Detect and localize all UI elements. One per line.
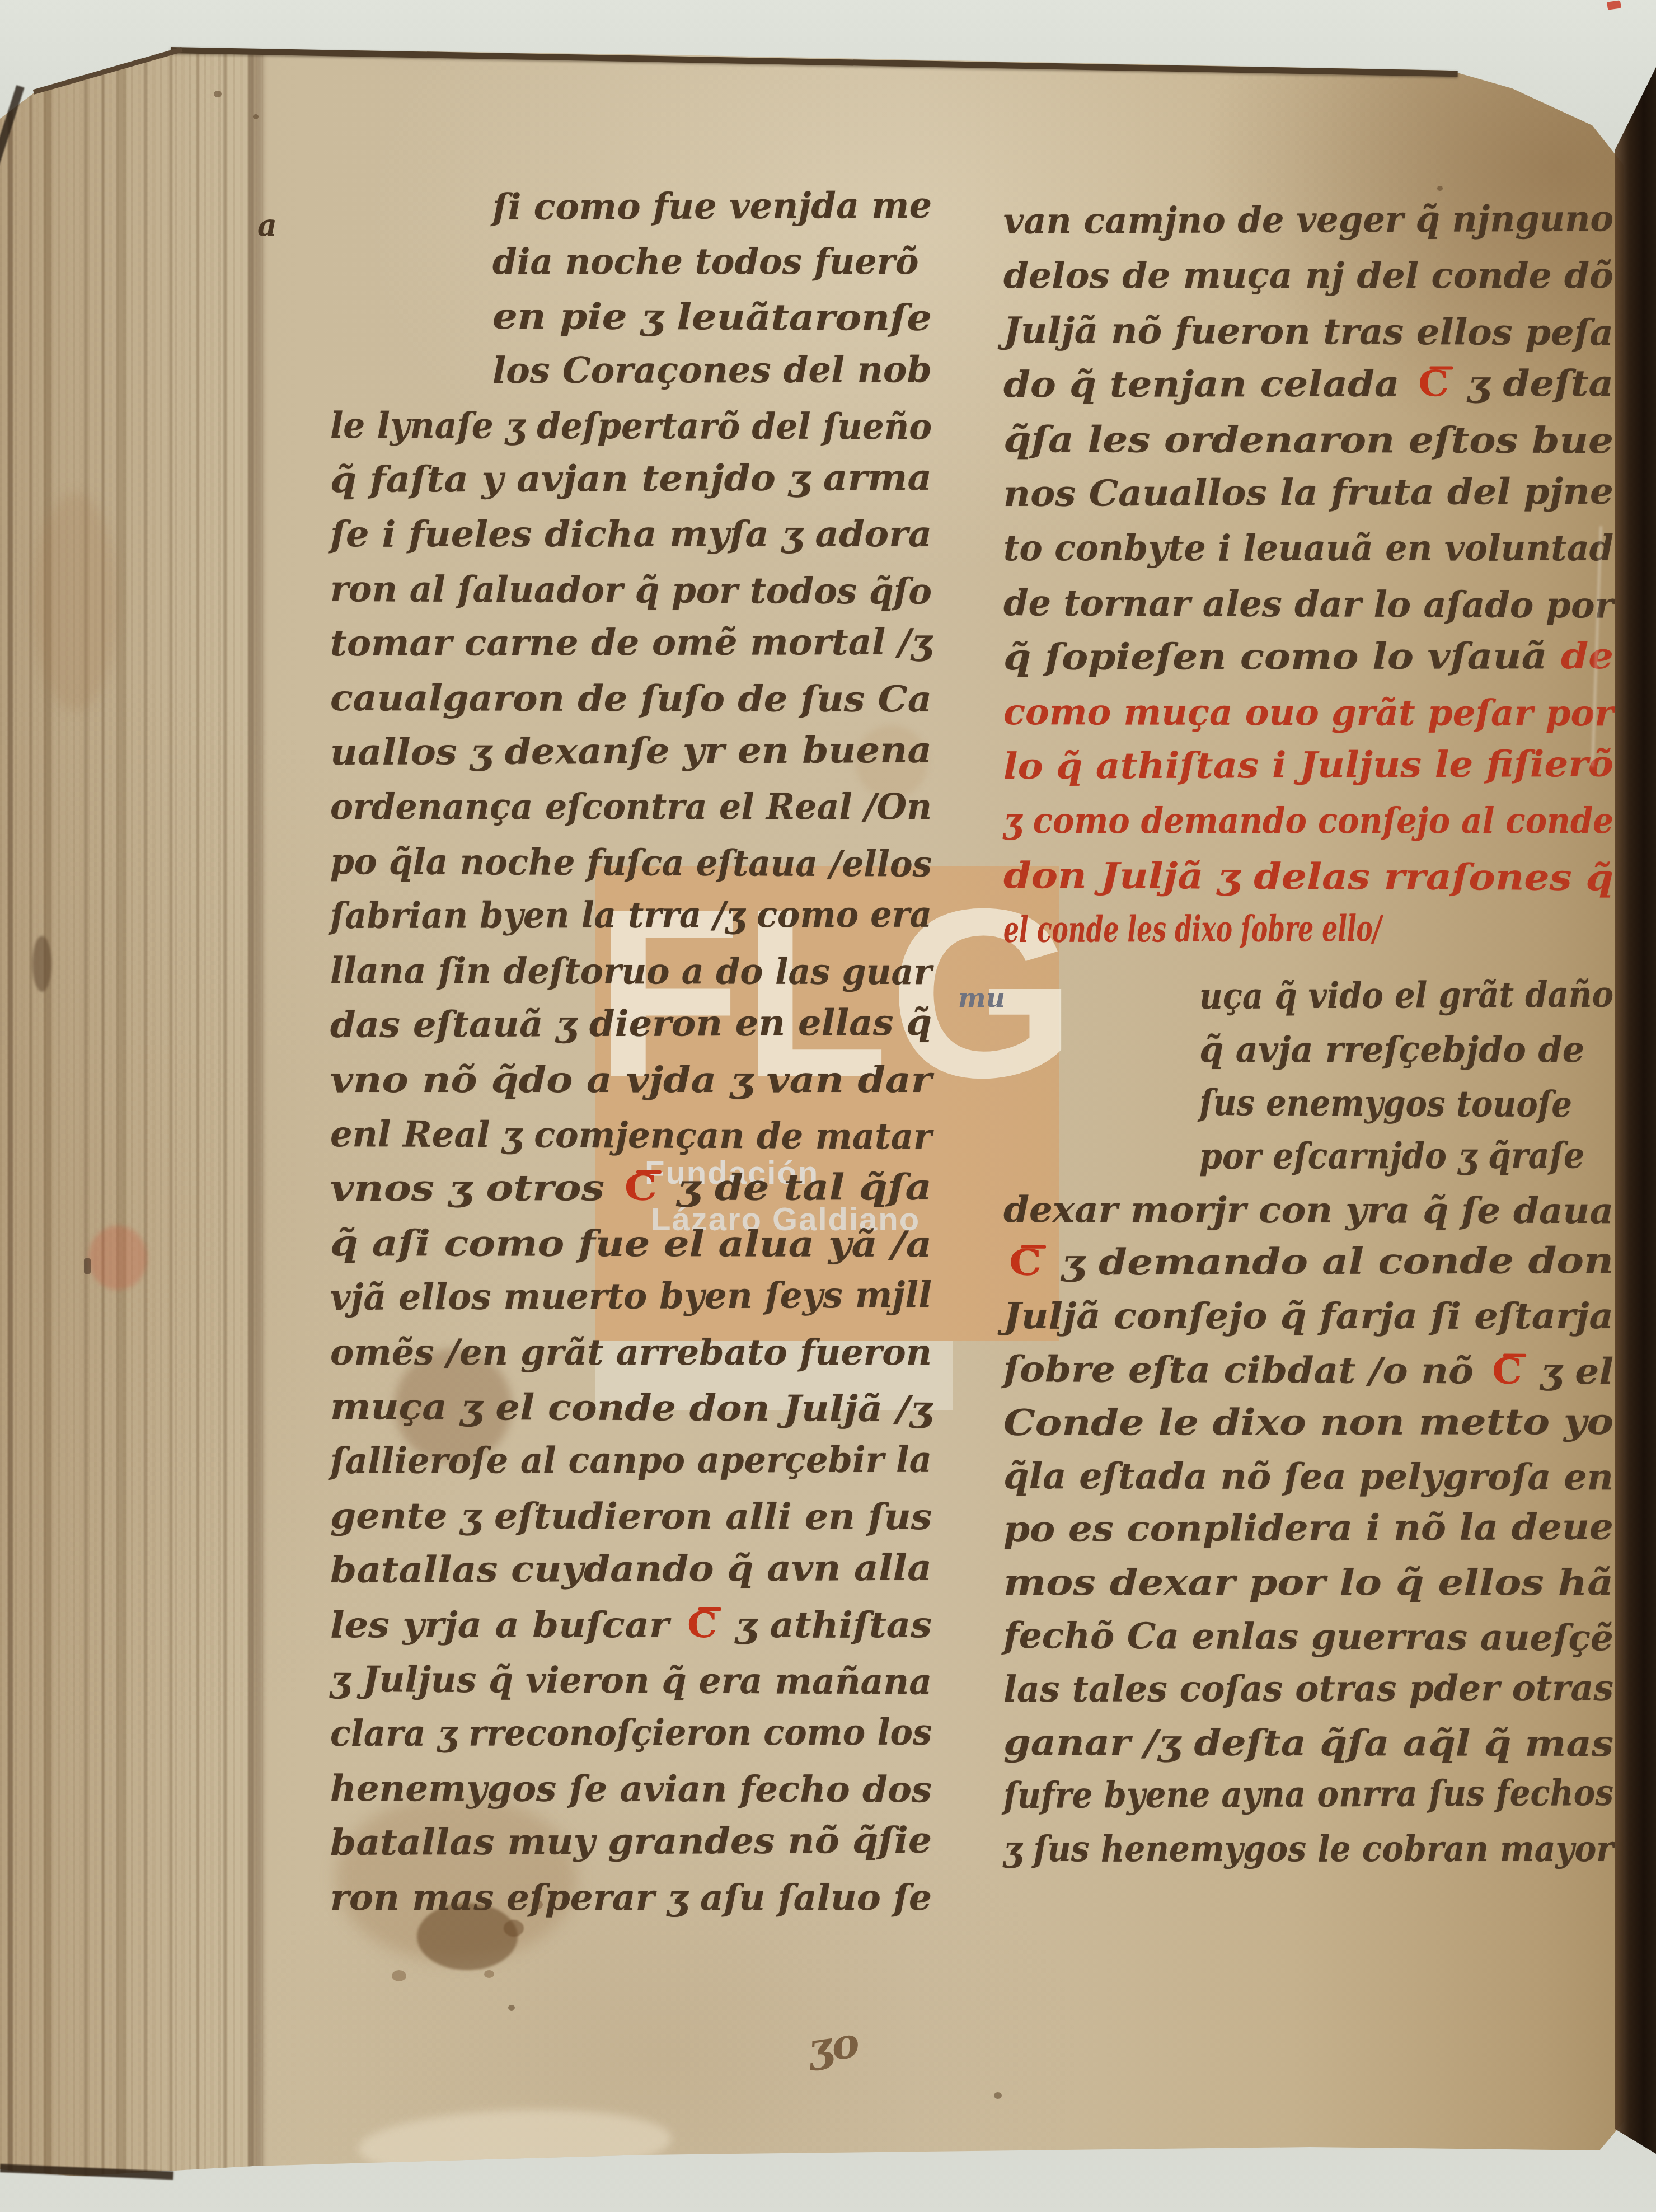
page-edge-line [8,0,13,2212]
ink-text: vnos ʒ otros [330,1167,619,1210]
manuscript-line: C ʒ demando al conde don [1003,1236,1613,1290]
manuscript-line: ſabrian byen la trra /ʒ como era [330,889,932,943]
ink-text: q̃ſa les ordenaron eſtos bue [1003,419,1613,462]
manuscript-line: batallas muy grandes nõ q̃ſie [330,1816,932,1870]
manuscript-line: Juljã nõ fueron tras ellos peſa [1003,303,1613,358]
ink-text: ſabrian byen la trra /ʒ como era [330,894,932,937]
torn-corner-patch [357,2105,673,2182]
rubric-text: ʒ como demando conſejo al conde [1003,800,1613,842]
manuscript-line: to conbyte i leuauã en voluntad [1003,521,1613,575]
manuscript-line: clara ʒ rreconoſçieron como los [330,1707,932,1761]
ink-text: uallos ʒ dexanſe yr en buena [330,729,932,774]
rubric-text: lo q̃ athiſtas i Juljus le fiſierõ [1003,743,1613,788]
manuscript-line: caualgaron de ſuſo de ſus Ca [330,671,932,725]
page-edge-line [144,0,147,2212]
ink-text: ʒ Juljus q̃ vieron q̃ era mañana [330,1658,932,1703]
ink-text: tomar carne de omẽ mortal /ʒ [330,621,932,664]
calderon-mark: C [1009,1242,1042,1284]
calderon-mark: C [687,1604,717,1646]
manuscript-line: uça q̃ vido el grãt daño [1003,970,1613,1023]
ink-text: por eſcarnjdo ʒ q̃raſe [1199,1135,1584,1178]
ink-text: ʒ athiſtas [723,1604,932,1646]
manuscript-line: dia noche todos fuerõ [330,235,932,289]
ink-text: ſi como fue venjda me [492,185,932,228]
manuscript-line: por eſcarnjdo ʒ q̃raſe [1003,1130,1613,1183]
ink-text: po q̃la noche fuſca eſtaua /ellos [330,841,932,885]
ink-text: henemygos ſe avian fecho dos [330,1768,932,1811]
ink-text: van camjno de veger q̃ njnguno [1003,198,1613,242]
ink-text: q̃ ſopieſen como lo vſauã [1003,635,1561,678]
manuscript-line: dexar morjr con yra q̃ ſe daua [1003,1183,1613,1236]
ink-text: delos de muça nj del conde dõ [1003,255,1613,297]
manuscript-line: ſus enemygos touoſe [1003,1076,1613,1130]
manuscript-line: ſi como fue venjda me [330,180,932,235]
ink-text: vno nõ q̃do a vjda ʒ van dar [330,1059,932,1101]
manuscript-line: q̃ faſta y avjan tenjdo ʒ arma [330,453,932,507]
manuscript-line: Juljã conſejo q̃ farja ſi eſtarja [1003,1290,1613,1343]
margin-streak [32,936,51,992]
ink-text: batallas muy grandes nõ q̃ſie [330,1820,932,1864]
ink-text: ʒ deſta [1454,363,1613,405]
manuscript-line: de tornar ales dar lo aſado por [1003,576,1613,630]
ink-text: ſus enemygos touoſe [1199,1082,1572,1126]
ink-text: ʒ demando al conde don [1047,1240,1613,1284]
manuscript-line: q̃ aſi como fue el alua yã /a [330,1216,932,1271]
ink-text: caualgaron de ſuſo de ſus Ca [330,677,932,720]
initial-guide-letter: a [257,207,277,243]
scanned-manuscript-photo: F L G Fundación Lázaro Galdiano ſi como … [0,0,1656,2212]
manuscript-line: vno nõ q̃do a vjda ʒ van dar [330,1053,932,1107]
book-page: F L G Fundación Lázaro Galdiano ſi como … [0,0,1656,2212]
manuscript-line: ſobre eſta cibdat /o nõ C ʒ el [1003,1343,1613,1396]
manuscript-line: enl Real ʒ comjençan de matar [330,1107,932,1161]
ink-text: omẽs /en grãt arrebato fueron [330,1332,932,1374]
speck [508,2005,515,2011]
manuscript-line: q̃la eſtada nõ ſea pelygroſa en [1003,1450,1613,1503]
rubric-text: como muça ouo grãt peſar por [1003,691,1613,734]
manuscript-line: van camjno de veger q̃ njnguno [1003,194,1613,249]
page-fold-crease [253,0,263,2212]
page-edge-line [44,0,51,2212]
ink-text: to conbyte i leuauã en voluntad [1003,527,1613,569]
manuscript-line: po es conplidera i nõ la deue [1003,1503,1613,1556]
manuscript-line: batallas cuydando q̃ avn alla [330,1543,932,1597]
manuscript-line: omẽs /en grãt arrebato fueron [330,1325,932,1380]
ink-text: ron al ſaluador q̃ por todos q̃ſo [330,568,932,613]
page-edge-line [30,0,32,2212]
manuscript-line: q̃ ſopieſen como lo vſauã de [1003,630,1613,685]
ink-text: les yrja a buſcar [330,1604,682,1646]
left-text-column: ſi como fue venjda media noche todos fue… [330,180,932,1925]
calderon-mark: C [625,1167,657,1209]
rubric-text: de [1561,635,1613,677]
manuscript-line: do q̃ tenjan celada C ʒ deſta [1003,358,1613,412]
manuscript-line: fechõ Ca enlas guerras aueſçẽ [1003,1609,1613,1662]
manuscript-line: ʒ como demando conſejo al conde [1003,794,1613,848]
ink-text: ſufre byene ayna onrra ſus fechos [1003,1772,1613,1817]
speck [994,2092,1002,2099]
manuscript-line: llana ſin deſtoruo a do las guar [330,944,932,998]
margin-tick [84,1258,91,1274]
manuscript-line: ſallieroſe al canpo aperçebir la [330,1434,932,1488]
ink-text: das eſtauã ʒ dieron en ellas q̃ [330,1002,932,1046]
manuscript-line: el conde les dixo ſobre ello/ [1003,903,1613,957]
ink-text: fechõ Ca enlas guerras aueſçẽ [1003,1615,1613,1660]
manuscript-line: muça ʒ el conde don Juljã /ʒ [330,1380,932,1434]
calderon-mark: C [1418,363,1449,405]
ink-text: ſallieroſe al canpo aperçebir la [330,1439,932,1482]
manuscript-line: ron mas eſperar ʒ aſu ſaluo ſe [330,1871,932,1925]
ink-text: clara ʒ rreconoſçieron como los [330,1712,932,1755]
ink-text: Conde le dixo non metto yo [1003,1401,1613,1444]
right-text-column-rubric: van camjno de veger q̃ njngunodelos de m… [1003,194,1613,958]
red-ink-speck [1607,0,1621,10]
ink-text: vjã ellos muerto byen ſeys mjll [330,1274,932,1319]
ink-text: ordenança eſcontra el Real /On [330,786,932,828]
scribal-flourish: ʒo [805,2018,862,2073]
ink-text: batallas cuydando q̃ avn alla [330,1547,932,1591]
manuscript-line: henemygos ſe avian fecho dos [330,1761,932,1816]
ink-text: Juljã nõ fueron tras ellos peſa [1003,310,1613,354]
manuscript-line: los Coraçones del nob [330,344,932,398]
book-gutter-shadow [1615,67,1656,2154]
margin-stain [34,493,118,711]
manuscript-line: le lynaſe ʒ deſpertarõ del ſueño [330,399,932,453]
manuscript-line: ganar /ʒ deſta q̃ſa aq̃l q̃ mas [1003,1716,1613,1769]
ink-text: muça ʒ el conde don Juljã /ʒ [330,1386,932,1430]
ink-text: nos Cauallos la fruta del pjne [1003,471,1613,515]
page-stack-fore-edges [0,0,263,2212]
ink-text: q̃ avja rreſçebjdo de [1199,1029,1584,1071]
speck [253,114,259,119]
manuscript-line: en pie ʒ leuãtaronſe [330,289,932,344]
manuscript-line: uallos ʒ dexanſe yr en buena [330,725,932,780]
manuscript-line: delos de muça nj del conde dõ [1003,249,1613,303]
ink-text: mos dexar por lo q̃ ellos hã [1003,1562,1613,1604]
manuscript-line: vjã ellos muerto byen ſeys mjll [330,1271,932,1325]
manuscript-line: ſufre byene ayna onrra ſus fechos [1003,1769,1613,1822]
ink-text: en pie ʒ leuãtaronſe [492,296,932,339]
ink-text: q̃ aſi como fue el alua yã /a [330,1222,932,1266]
ink-text: ron mas eſperar ʒ aſu ſaluo ſe [330,1877,932,1919]
ink-text: llana ſin deſtoruo a do las guar [330,950,932,993]
speck [1437,186,1443,191]
manuscript-line: ʒ ſus henemygos le cobran mayor [1003,1822,1613,1876]
page-edge-line [116,0,126,2212]
ink-splatter-dot [484,1970,494,1978]
manuscript-line: vnos ʒ otros C ʒ de tal q̃ſa [330,1161,932,1216]
manuscript-line: como muça ouo grãt peſar por [1003,685,1613,739]
ink-text: ʒ ſus henemygos le cobran mayor [1003,1828,1613,1870]
ink-text: ſobre eſta cibdat /o nõ [1003,1348,1487,1392]
page-edge-line [196,0,199,2212]
ink-text: de tornar ales dar lo aſado por [1003,582,1613,627]
ink-text: enl Real ʒ comjençan de matar [330,1113,932,1158]
rubric-text: el conde les dixo ſobre ello/ [1003,908,1382,951]
ink-text: uça q̃ vido el grãt daño [1199,974,1613,1018]
manuscript-line: nos Cauallos la fruta del pjne [1003,467,1613,521]
ink-text: ſe i fueles dicha myſa ʒ adora [330,513,932,555]
manuscript-line: po q̃la noche fuſca eſtaua /ellos [330,835,932,889]
manuscript-line: lo q̃ athiſtas i Juljus le fiſierõ [1003,739,1613,794]
ink-text: do q̃ tenjan celada [1003,363,1413,406]
manuscript-line: q̃ſa les ordenaron eſtos bue [1003,413,1613,467]
speck [214,91,222,97]
manuscript-line: gente ʒ eſtudieron alli en ſus [330,1489,932,1543]
ink-text: po es conplidera i nõ la deue [1003,1506,1613,1550]
ink-text: ʒ el [1527,1351,1613,1393]
manuscript-line: les yrja a buſcar C ʒ athiſtas [330,1598,932,1652]
initial-guide-word: mu [958,983,1005,1014]
ink-text: dia noche todos fuerõ [492,241,918,283]
page-edge-line [84,0,87,2212]
red-smudge [88,1226,147,1290]
ink-text: Juljã conſejo q̃ farja ſi eſtarja [1003,1295,1613,1337]
manuscript-line: mos dexar por lo q̃ ellos hã [1003,1556,1613,1609]
calderon-mark: C [1492,1351,1522,1393]
ink-text: las tales coſas otras pder otras [1003,1667,1613,1710]
ink-text: q̃ faſta y avjan tenjdo ʒ arma [330,457,932,501]
page-edge-line [170,0,172,2212]
page-edge-line [223,0,227,2212]
ink-text: gente ʒ eſtudieron alli en ſus [330,1495,932,1538]
manuscript-line: las tales coſas otras pder otras [1003,1663,1613,1716]
manuscript-line: don Juljã ʒ delas rraſones q̃ [1003,849,1613,903]
manuscript-line: ordenança eſcontra el Real /On [330,780,932,834]
manuscript-line: q̃ avja rreſçebjdo de [1003,1023,1613,1076]
ink-text: los Coraçones del nob [492,349,932,392]
manuscript-line: ſe i fueles dicha myſa ʒ adora [330,507,932,561]
right-text-column-body: uça q̃ vido el grãt dañoq̃ avja rreſçebj… [1003,970,1613,1876]
manuscript-line: ron al ſaluador q̃ por todos q̃ſo [330,562,932,616]
ink-text: ʒ de tal q̃ſa [663,1166,932,1209]
ink-text: dexar morjr con yra q̃ ſe daua [1003,1189,1613,1232]
ink-text: ganar /ʒ deſta q̃ſa aq̃l q̃ mas [1003,1722,1613,1765]
manuscript-line: das eſtauã ʒ dieron en ellas q̃ [330,998,932,1052]
manuscript-line: Conde le dixo non metto yo [1003,1396,1613,1450]
ink-text: q̃la eſtada nõ ſea pelygroſa en [1003,1455,1613,1498]
ink-text: le lynaſe ʒ deſpertarõ del ſueño [330,405,932,448]
manuscript-line: tomar carne de omẽ mortal /ʒ [330,616,932,671]
page-edge-line [101,0,105,2212]
manuscript-line: ʒ Juljus q̃ vieron q̃ era mañana [330,1652,932,1707]
ink-splatter-dot [392,1970,406,1981]
rubric-text: don Juljã ʒ delas rraſones q̃ [1003,855,1613,899]
